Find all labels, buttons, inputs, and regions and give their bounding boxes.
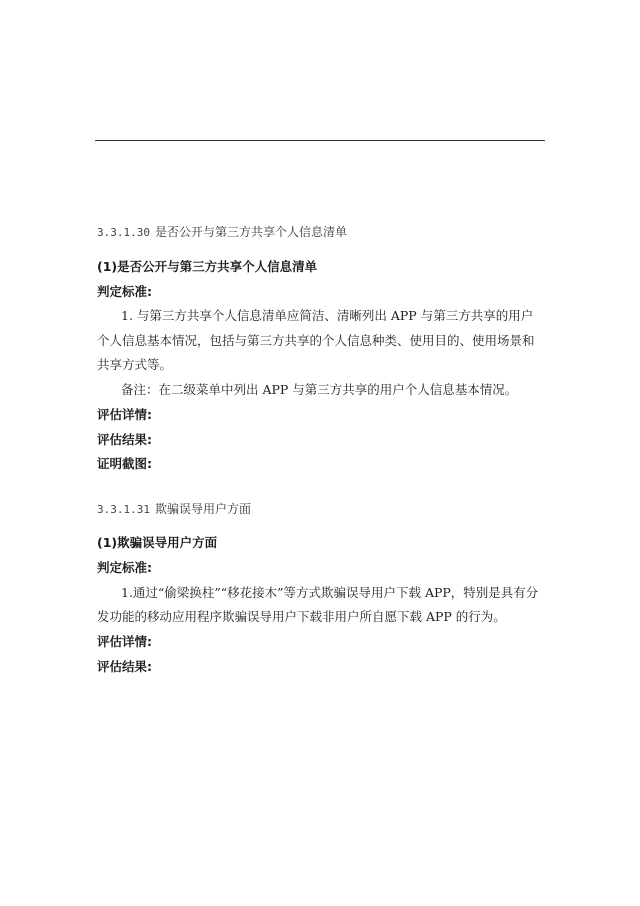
section-number: 3.3.1.31 <box>97 503 150 516</box>
section-heading: 3.3.1.30是否公开与第三方共享个人信息清单 <box>97 224 347 241</box>
details-label: 评估详情: <box>97 634 152 650</box>
details-label: 评估详情: <box>97 407 152 423</box>
section-heading: 3.3.1.31欺骗误导用户方面 <box>97 501 251 518</box>
result-label: 评估结果: <box>97 659 152 675</box>
criteria-label: 判定标准: <box>97 284 152 300</box>
subheading: (1)欺骗误导用户方面 <box>97 535 217 551</box>
header-rule <box>95 140 545 141</box>
criteria-text: 共享方式等。 <box>97 357 172 373</box>
note-text: 备注：在二级菜单中列出 APP 与第三方共享的用户个人信息基本情况。 <box>121 382 517 398</box>
criteria-label: 判定标准: <box>97 560 152 576</box>
criteria-text: 发功能的移动应用程序欺骗误导用户下载非用户所自愿下载 APP 的行为。 <box>97 609 506 625</box>
result-label: 评估结果: <box>97 432 152 448</box>
subheading: (1)是否公开与第三方共享个人信息清单 <box>97 259 317 275</box>
criteria-text: 1. 与第三方共享个人信息清单应简洁、清晰列出 APP 与第三方共享的用户 <box>121 308 533 324</box>
section-number: 3.3.1.30 <box>97 226 150 239</box>
section-title: 是否公开与第三方共享个人信息清单 <box>155 225 347 239</box>
section-title: 欺骗误导用户方面 <box>155 502 251 516</box>
screenshot-label: 证明截图: <box>97 456 152 472</box>
criteria-text: 1.通过“偷梁换柱”“移花接木”等方式欺骗误导用户下载 APP，特别是具有分 <box>121 585 538 601</box>
criteria-text: 个人信息基本情况，包括与第三方共享的个人信息种类、使用目的、使用场景和 <box>97 333 535 349</box>
